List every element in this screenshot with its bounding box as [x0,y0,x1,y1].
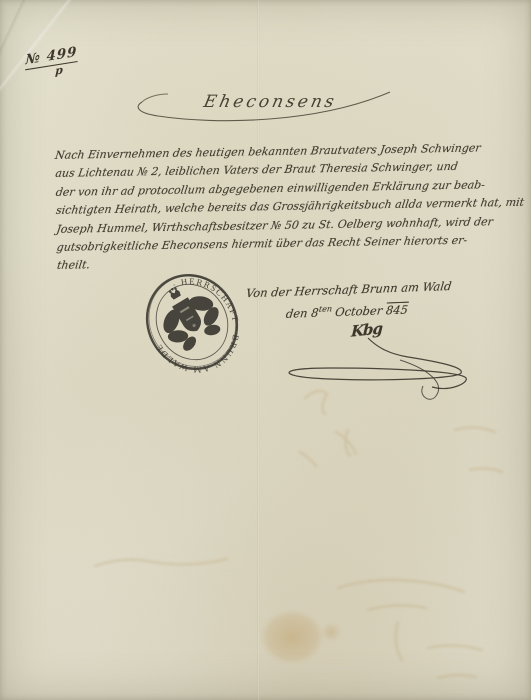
closing-place-line: Von der Herrschaft Brunn am Wald [246,278,486,300]
archival-number: № 499 p [24,44,81,82]
manuscript-page: № 499 p Eheconsens Nach Einvernehmen des… [0,0,531,700]
signature-flourish [250,330,490,420]
stain-blot [250,601,334,673]
document-title: Eheconsens [202,92,339,112]
body-text: Nach Einvernehmen des heutigen bekannten… [55,139,497,276]
signature: Kbg [350,319,383,340]
date-month: October [331,303,387,319]
date-year: 845 [385,303,409,318]
stain-blot-small [318,620,344,644]
document-title-wrap: Eheconsens [150,92,390,112]
signature-initials: Kbg [351,319,383,340]
date-ordinal: ten [318,304,332,314]
closing-date-line: den 8ten October 845 [286,300,456,321]
date-day: den 8 [285,306,319,321]
closing-place-text: Von der Herrschaft Brunn am Wald [245,279,452,300]
